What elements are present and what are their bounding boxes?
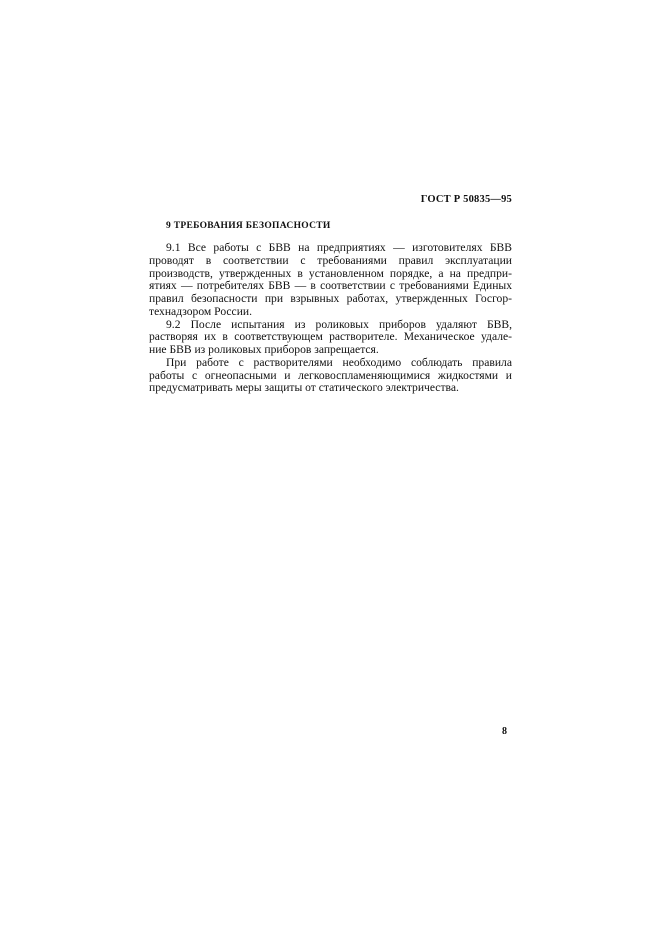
- paragraph-9-2: 9.2 После испытания из роликовых приборо…: [149, 319, 512, 357]
- text-line: предусматривать меры защиты от статическ…: [149, 382, 512, 395]
- text-line: правил безопасности при взрывных работах…: [149, 293, 512, 306]
- text-line: При работе с растворителями необходимо с…: [149, 357, 512, 370]
- text-line: 9.1 Все работы с БВВ на предприятиях — и…: [149, 242, 512, 255]
- text-line: технадзором России.: [149, 306, 512, 319]
- standard-designation-header: ГОСТ Р 50835—95: [421, 194, 512, 205]
- section-heading: 9 ТРЕБОВАНИЯ БЕЗОПАСНОСТИ: [166, 221, 331, 231]
- text-line: ние БВВ из роликовых приборов запрещаетс…: [149, 344, 512, 357]
- paragraph-solvents: При работе с растворителями необходимо с…: [149, 357, 512, 395]
- paragraph-9-1: 9.1 Все работы с БВВ на предприятиях — и…: [149, 242, 512, 319]
- text-line: проводят в соответствии с требованиями п…: [149, 255, 512, 268]
- section-body: 9.1 Все работы с БВВ на предприятиях — и…: [149, 242, 512, 395]
- page-number: 8: [502, 726, 507, 737]
